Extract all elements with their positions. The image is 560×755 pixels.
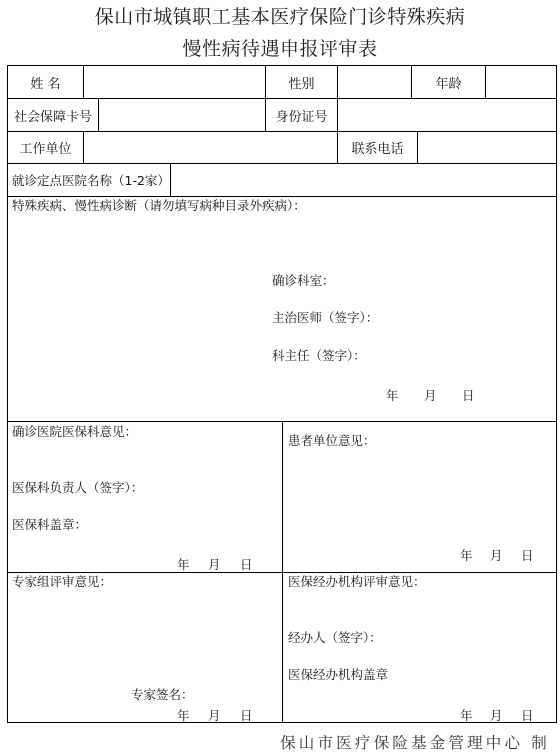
date-month: 月 <box>424 386 437 404</box>
issuer-footer: 保山市医疗保险基金管理中心 制 <box>280 731 550 753</box>
age-label: 年龄 <box>412 66 485 98</box>
employer-opinion-field[interactable] <box>283 452 556 542</box>
department-head-label: 科主任（签字）： <box>272 349 366 363</box>
expert-opinion-field[interactable] <box>8 592 281 682</box>
hospital-label: 就诊定点医院名称（1-2家） <box>8 164 170 196</box>
date-day: 日 <box>521 546 534 564</box>
expert-signature-label: 专家签名： <box>131 688 194 702</box>
hospital-field[interactable] <box>171 164 556 196</box>
date-day: 日 <box>240 555 253 573</box>
agency-opinion-label: 医保经办机构评审意见： <box>288 575 426 589</box>
date-year: 年 <box>460 706 473 724</box>
diagnosis-label: 特殊疾病、慢性病诊断（请勿填写病种目录外疾病）： <box>12 199 306 213</box>
date-month: 月 <box>490 546 503 564</box>
table-border-right <box>556 65 557 722</box>
hospital-insurance-opinion-label: 确诊医院医保科意见： <box>12 425 137 439</box>
agency-opinion-field[interactable] <box>283 592 556 627</box>
document-title-line1: 保山市城镇职工基本医疗保险门诊特殊疾病 <box>0 2 560 29</box>
department-label: 确诊科室： <box>272 274 335 288</box>
row-divider <box>7 196 557 197</box>
phone-label: 联系电话 <box>338 132 417 163</box>
date-year: 年 <box>460 546 473 564</box>
social-card-field[interactable] <box>99 99 265 131</box>
date-month: 月 <box>208 555 221 573</box>
date-year: 年 <box>386 386 399 404</box>
employer-field[interactable] <box>84 132 337 163</box>
expert-opinion-label: 专家组评审意见： <box>12 575 112 589</box>
phone-field[interactable] <box>418 132 556 163</box>
employer-label: 工作单位 <box>8 132 83 163</box>
date-day: 日 <box>240 706 253 724</box>
agency-seal-label: 医保经办机构盖章 <box>288 668 388 682</box>
date-year: 年 <box>177 555 190 573</box>
agency-handler-label: 经办人（签字）： <box>288 631 382 645</box>
table-border-bottom <box>7 722 557 723</box>
name-label: 姓 名 <box>8 66 83 98</box>
date-day: 日 <box>521 706 534 724</box>
attending-doctor-label: 主治医师（签字）： <box>272 311 378 325</box>
social-card-label: 社会保障卡号 <box>8 99 98 131</box>
diagnosis-field[interactable] <box>8 214 556 264</box>
id-number-label: 身份证号 <box>266 99 337 131</box>
date-month: 月 <box>208 706 221 724</box>
document-title-line2: 慢性病待遇申报评审表 <box>0 34 560 61</box>
name-field[interactable] <box>84 66 265 98</box>
hospital-insurance-opinion-field[interactable] <box>8 440 281 475</box>
date-month: 月 <box>490 706 503 724</box>
gender-field[interactable] <box>338 66 411 98</box>
date-day: 日 <box>462 386 475 404</box>
age-field[interactable] <box>486 66 556 98</box>
gender-label: 性别 <box>266 66 337 98</box>
date-year: 年 <box>177 706 190 724</box>
insurance-responsible-label: 医保科负责人（签字）： <box>12 481 143 495</box>
employer-opinion-label: 患者单位意见： <box>288 434 376 448</box>
id-number-field[interactable] <box>338 99 556 131</box>
insurance-seal-label: 医保科盖章： <box>12 518 87 532</box>
